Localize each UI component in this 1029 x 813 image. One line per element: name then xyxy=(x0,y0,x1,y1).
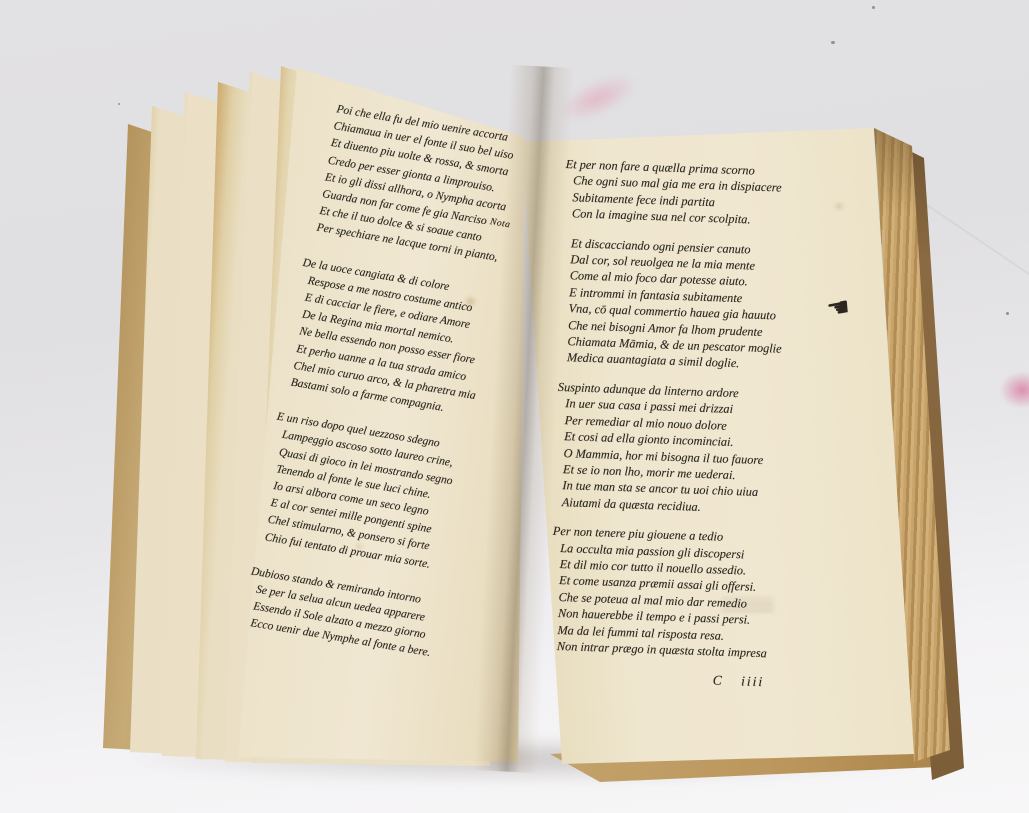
margin-note: Nota xyxy=(489,214,512,234)
manicule-icon: ☚ xyxy=(826,298,852,318)
stanza: Suspinto adunque da linterno ardoreIn ue… xyxy=(554,379,858,521)
pink-smudge xyxy=(1000,372,1029,408)
dust-speck xyxy=(118,103,120,105)
dust-speck xyxy=(831,41,835,44)
stanza: Per non tenere piu giouene a tedioLa occ… xyxy=(549,523,853,665)
stanza: Dubioso stando & remirando intornoSe per… xyxy=(241,563,464,666)
stanza: ☚ Et discacciando ogni pensier canutoDal… xyxy=(559,235,863,377)
stanza: Et per non fare a quælla prima scornoChe… xyxy=(564,156,866,232)
right-page-text: Et per non fare a quælla prima scornoChe… xyxy=(548,156,866,694)
stanza: E un riso dopo quel uezzoso sdegnoLampeg… xyxy=(256,409,491,580)
stanza: De la uoce cangiata & di coloreRespose a… xyxy=(281,254,516,425)
dust-speck xyxy=(1006,312,1009,315)
photo-backdrop: Nota Poi che ella fu del mio uenire acco… xyxy=(0,0,1029,813)
dust-speck xyxy=(872,6,875,9)
